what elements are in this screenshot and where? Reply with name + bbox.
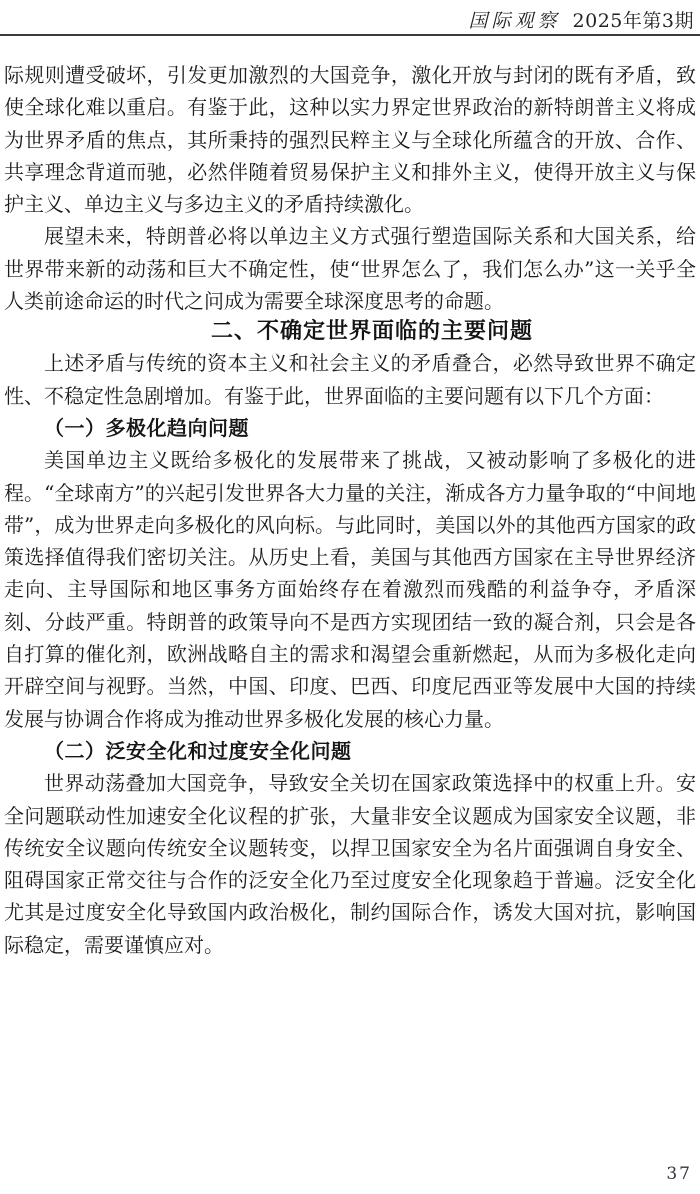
paragraph: 上述矛盾与传统的资本主义和社会主义的矛盾叠合，必然导致世界不确定性、不稳定性急剧… xyxy=(4,347,696,412)
subsection-heading-2: （二）泛安全化和过度安全化问题 xyxy=(4,735,696,767)
journal-name: 国际观察 xyxy=(469,6,561,33)
paragraph: 展望未来，特朗普必将以单边主义方式强行塑造国际关系和大国关系，给世界带来新的动荡… xyxy=(4,220,696,317)
page-number: 37 xyxy=(666,1164,692,1184)
issue-label: 2025年第3期 xyxy=(573,6,694,33)
header-divider xyxy=(0,34,700,36)
subsection-heading-1: （一）多极化趋向问题 xyxy=(4,412,696,444)
section-heading: 二、不确定世界面临的主要问题 xyxy=(4,317,696,347)
paragraph: 美国单边主义既给多极化的发展带来了挑战，又被动影响了多极化的进程。“全球南方”的… xyxy=(4,444,696,735)
paragraph-continued: 际规则遭受破坏，引发更加激烈的大国竞争，激化开放与封闭的既有矛盾，致使全球化难以… xyxy=(4,59,696,220)
paragraph: 世界动荡叠加大国竞争，导致安全关切在国家政策选择中的权重上升。安全问题联动性加速… xyxy=(4,767,696,961)
journal-page: 国际观察 2025年第3期 际规则遭受破坏，引发更加激烈的大国竞争，激化开放与封… xyxy=(0,0,700,1194)
page-header: 国际观察 2025年第3期 xyxy=(469,6,694,33)
article-body: 际规则遭受破坏，引发更加激烈的大国竞争，激化开放与封闭的既有矛盾，致使全球化难以… xyxy=(4,59,696,961)
